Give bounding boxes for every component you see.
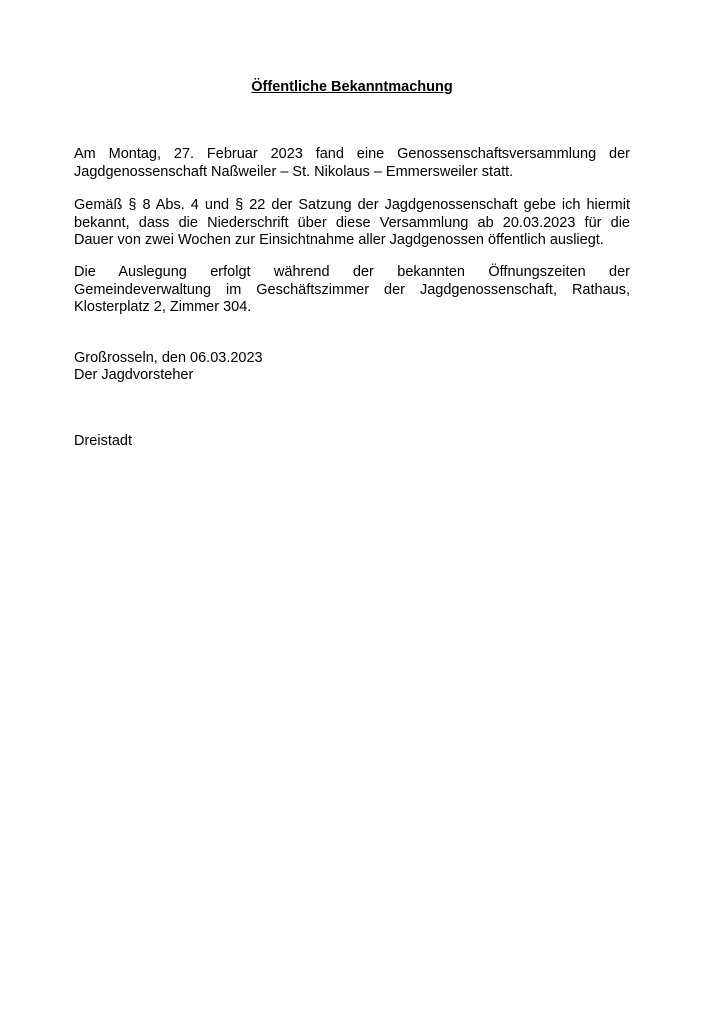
paragraph-meeting-notice: Am Montag, 27. Februar 2023 fand eine Ge…	[74, 146, 630, 181]
paragraph-minutes-availability: Gemäß § 8 Abs. 4 und § 22 der Satzung de…	[74, 197, 630, 250]
text-line: bekannt, dass die Niederschrift über die…	[74, 215, 630, 233]
text-line: Jagdgenossenschaft Naßweiler – St. Nikol…	[74, 164, 630, 182]
text-line: Die Auslegung erfolgt während der bekann…	[74, 264, 630, 282]
signatory-title: Der Jagdvorsteher	[74, 367, 193, 385]
text-line: Am Montag, 27. Februar 2023 fand eine Ge…	[74, 146, 630, 164]
signatory-name: Dreistadt	[74, 433, 132, 451]
place-date: Großrosseln, den 06.03.2023	[74, 350, 263, 368]
paragraph-display-location: Die Auslegung erfolgt während der bekann…	[74, 264, 630, 317]
text-line: Gemäß § 8 Abs. 4 und § 22 der Satzung de…	[74, 197, 630, 215]
text-line: Gemeindeverwaltung im Geschäftszimmer de…	[74, 282, 630, 300]
document-title: Öffentliche Bekanntmachung	[0, 79, 704, 95]
text-line: Dauer von zwei Wochen zur Einsichtnahme …	[74, 232, 630, 250]
text-line: Klosterplatz 2, Zimmer 304.	[74, 299, 630, 317]
